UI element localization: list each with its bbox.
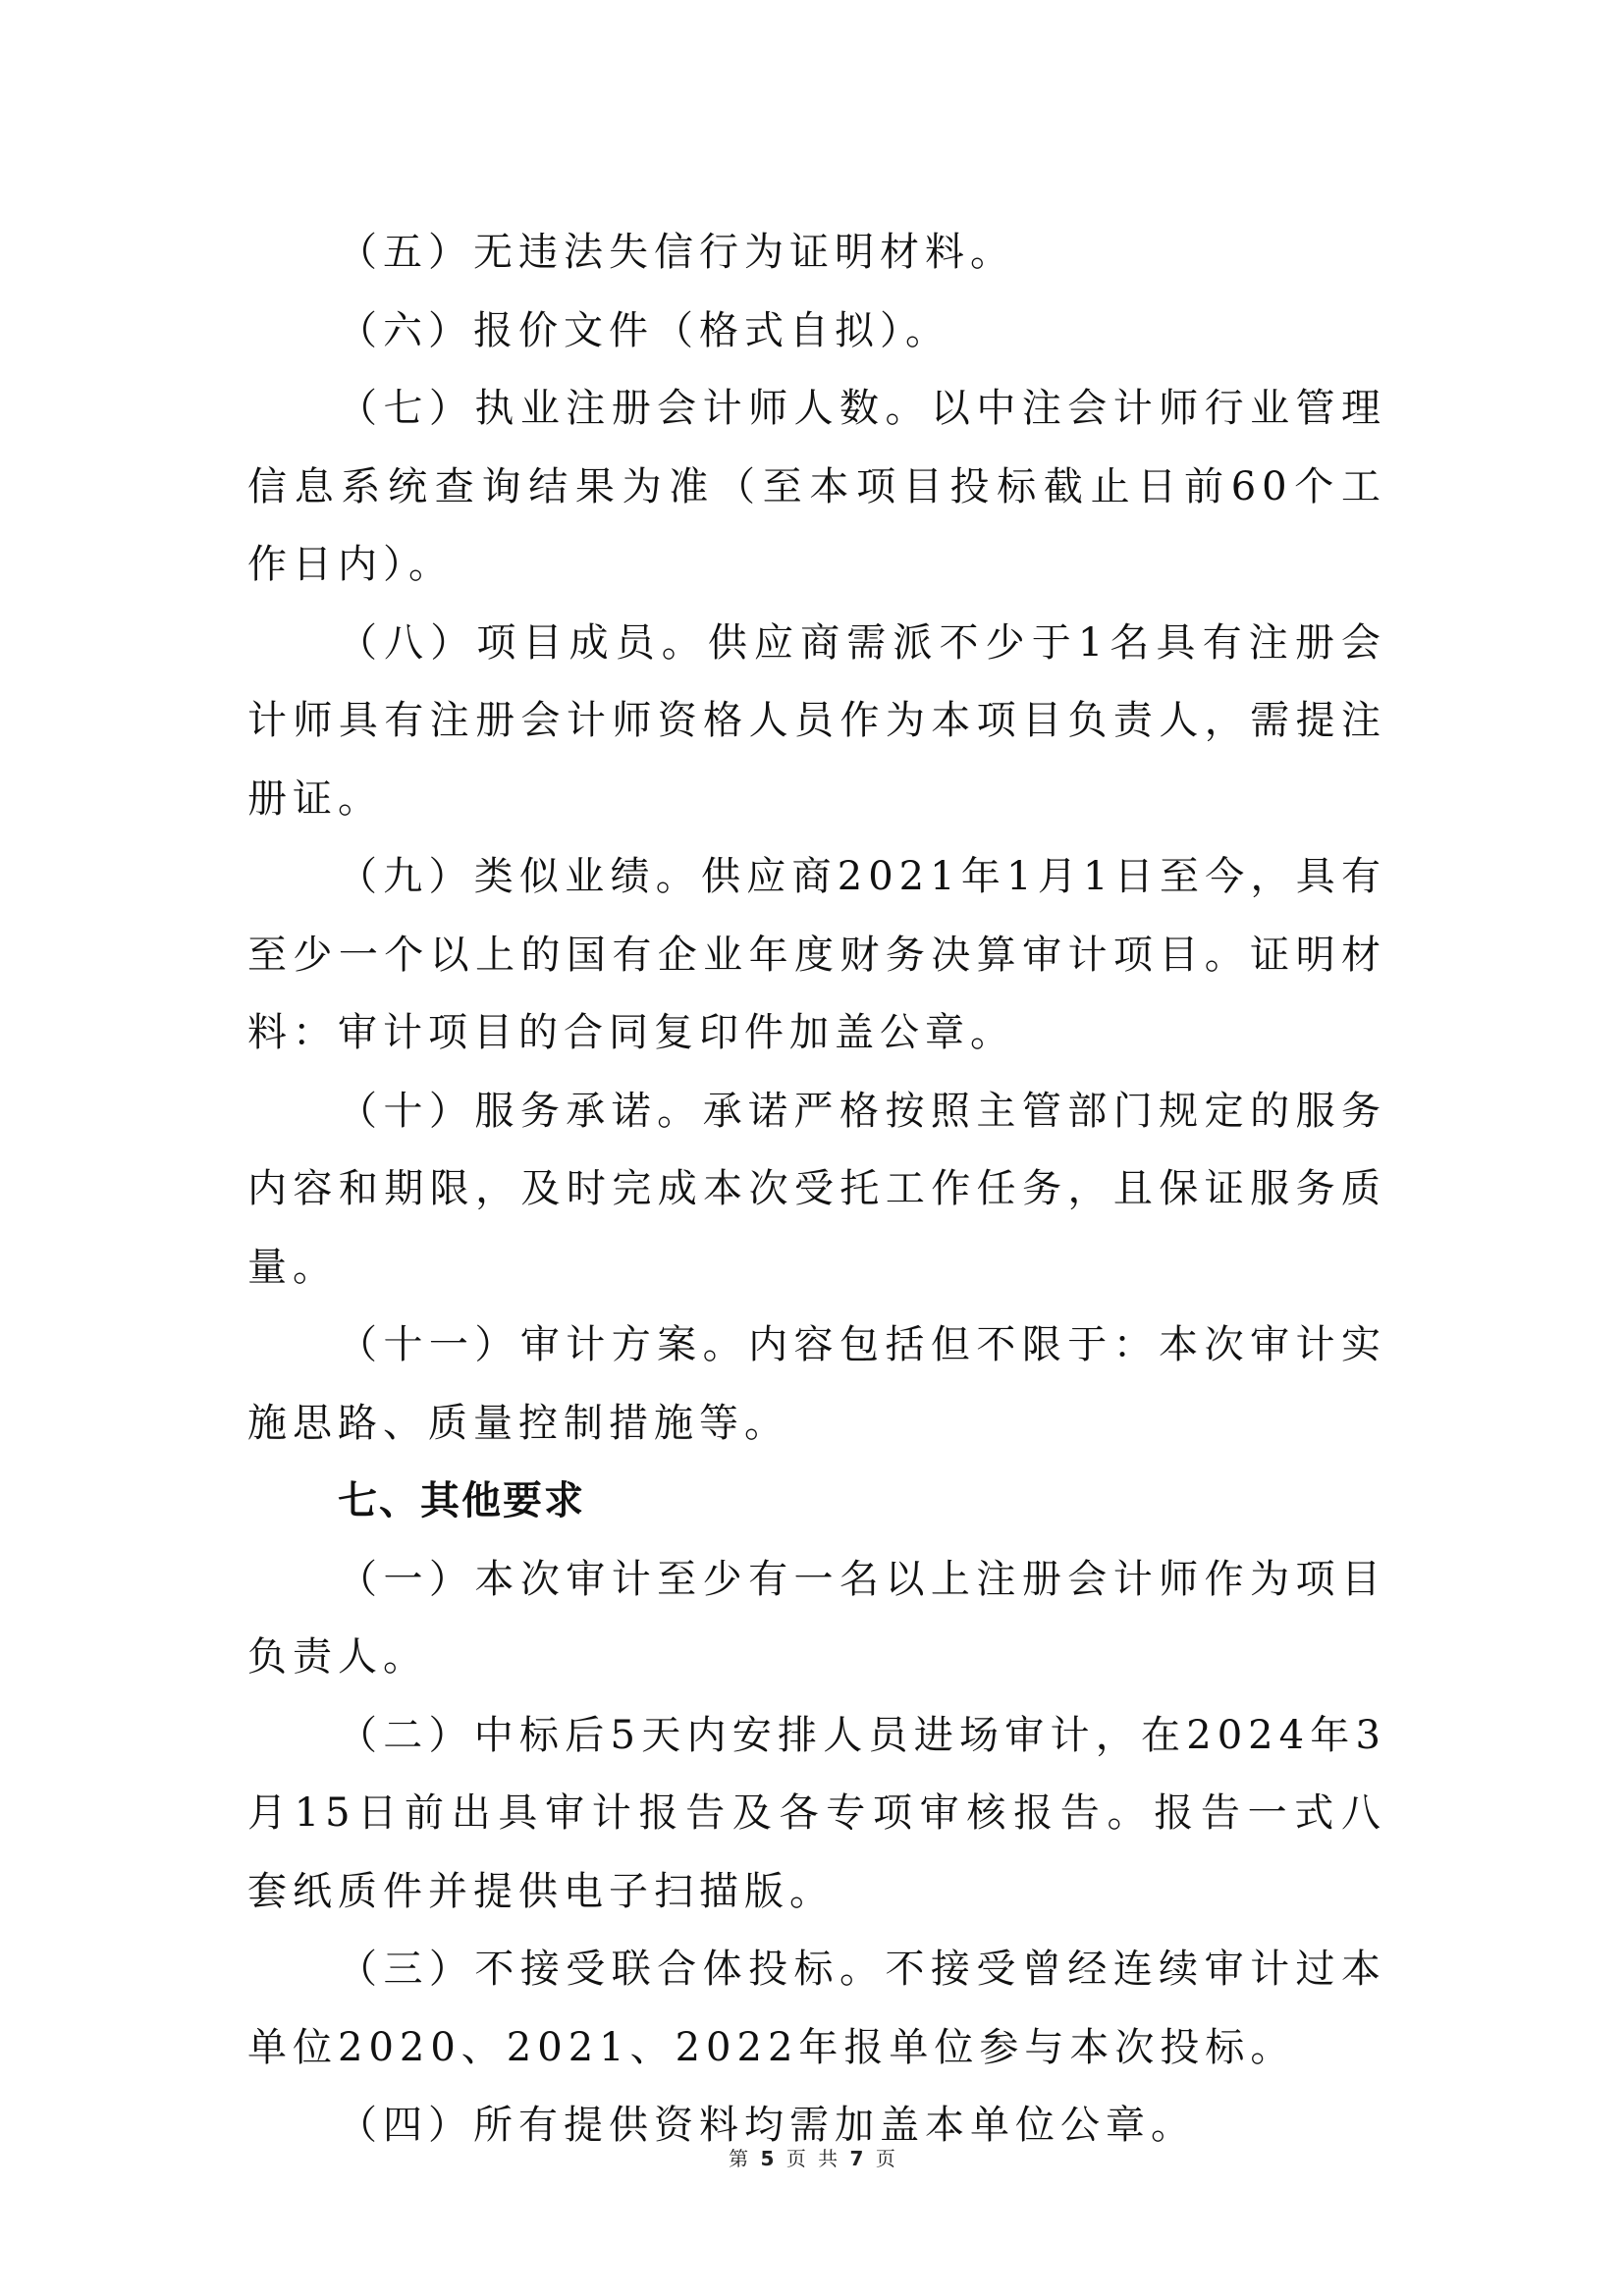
footer-prefix: 第 [729, 2147, 748, 2170]
requirement-item-1: （一）本次审计至少有一名以上注册会计师作为项目负责人。 [247, 1541, 1386, 1697]
paragraph-item-6: （六）报价文件（格式自拟）。 [247, 293, 1386, 371]
paragraph-item-5: （五）无违法失信行为证明材料。 [247, 214, 1386, 293]
document-page: （五）无违法失信行为证明材料。 （六）报价文件（格式自拟）。 （七）执业注册会计… [247, 214, 1386, 2165]
page-footer: 第 5 页 共 7 页 [0, 2143, 1624, 2171]
paragraph-item-11: （十一）审计方案。内容包括但不限于：本次审计实施思路、质量控制措施等。 [247, 1307, 1386, 1463]
footer-middle: 页 共 [786, 2147, 838, 2170]
total-page-count: 7 [850, 2147, 864, 2170]
paragraph-item-8: （八）项目成员。供应商需派不少于1名具有注册会计师具有注册会计师资格人员作为本项… [247, 605, 1386, 839]
requirement-item-3: （三）不接受联合体投标。不接受曾经连续审计过本单位2020、2021、2022年… [247, 1931, 1386, 2087]
current-page-number: 5 [761, 2147, 775, 2170]
requirement-item-2: （二）中标后5天内安排人员进场审计，在2024年3月15日前出具审计报告及各专项… [247, 1697, 1386, 1932]
paragraph-item-7: （七）执业注册会计师人数。以中注会计师行业管理信息系统查询结果为准（至本项目投标… [247, 370, 1386, 605]
paragraph-item-9: （九）类似业绩。供应商2021年1月1日至今，具有至少一个以上的国有企业年度财务… [247, 838, 1386, 1073]
footer-suffix: 页 [876, 2147, 895, 2170]
section-heading: 七、其他要求 [247, 1463, 1386, 1541]
paragraph-item-10: （十）服务承诺。承诺严格按照主管部门规定的服务内容和期限，及时完成本次受托工作任… [247, 1073, 1386, 1308]
